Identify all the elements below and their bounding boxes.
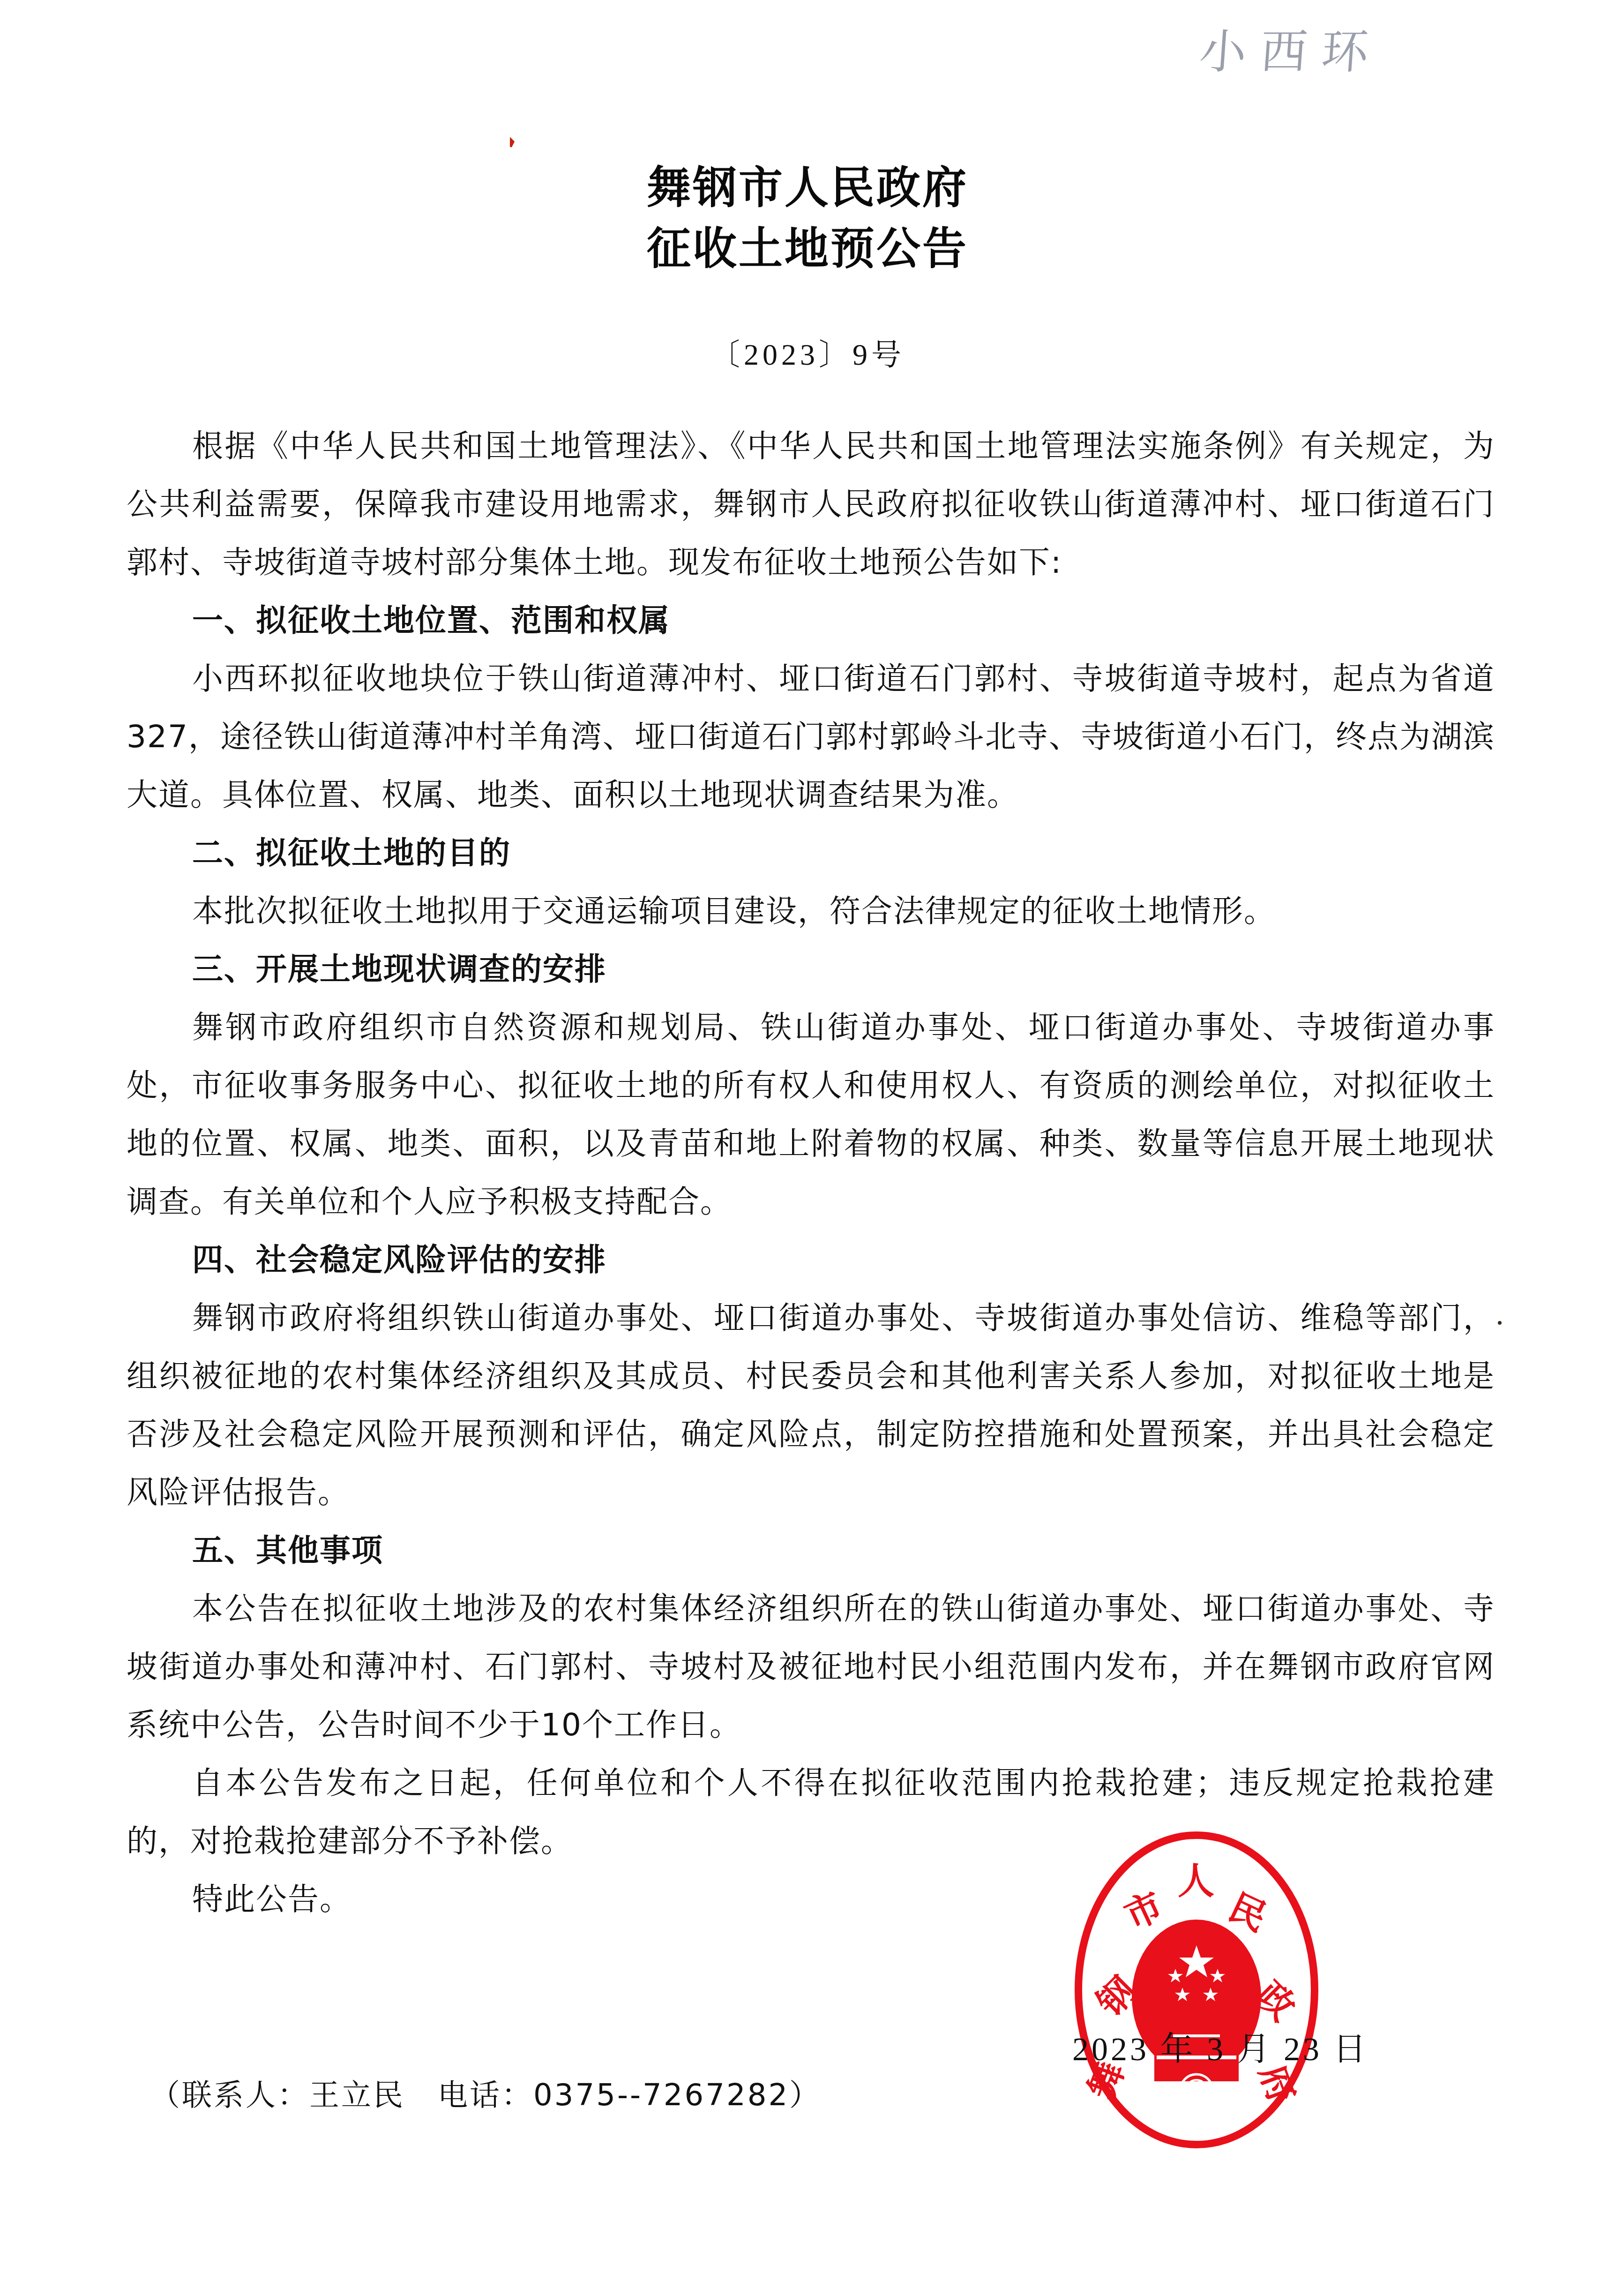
section-heading-5: 五、其他事项 (127, 1522, 1495, 1580)
intro-paragraph: 根据《中华人民共和国土地管理法》、《中华人民共和国土地管理法实施条例》有关规定，… (127, 417, 1495, 592)
contact-prefix: （ (150, 2078, 182, 2113)
contact-phone-label: 电话： (438, 2078, 533, 2113)
ink-mark (510, 137, 515, 147)
official-seal-icon: 舞 钢 市 人 民 政 府 (1072, 1828, 1321, 2152)
section-3-paragraph: 舞钢市政府组织市自然资源和规划局、铁山街道办事处、垭口街道办事处、寺坡街道办事处… (127, 998, 1495, 1231)
section-2-paragraph: 本批次拟征收土地拟用于交通运输项目建设，符合法律规定的征收土地情形。 (127, 882, 1495, 940)
section-1-paragraph: 小西环拟征收地块位于铁山街道薄冲村、垭口街道石门郭村、寺坡街道寺坡村，起点为省道… (127, 650, 1495, 824)
svg-text:市: 市 (1118, 1884, 1169, 1938)
section-heading-4: 四、社会稳定风险评估的安排 (127, 1231, 1495, 1289)
section-heading-1: 一、拟征收土地位置、范围和权属 (127, 592, 1495, 650)
issue-date: 2023 年 3 月 23 日 (1072, 2023, 1369, 2070)
section-5-paragraph-1: 本公告在拟征收土地涉及的农村集体经济组织所在的铁山街道办事处、垭口街道办事处、寺… (127, 1580, 1495, 1754)
contact-info: （联系人：王立民电话：0375--7267282） (150, 2071, 821, 2114)
section-4-paragraph: 舞钢市政府将组织铁山街道办事处、垭口街道办事处、寺坡街道办事处信访、维稳等部门，… (127, 1289, 1495, 1522)
document-number: 〔2023〕9号 (0, 330, 1615, 374)
handwritten-annotation: 小西环 (1197, 14, 1385, 82)
contact-suffix: ） (789, 2078, 821, 2113)
document-body: 根据《中华人民共和国土地管理法》、《中华人民共和国土地管理法实施条例》有关规定，… (127, 417, 1495, 1928)
contact-phone: 0375--7267282 (533, 2078, 789, 2113)
contact-person-label: 联系人： (182, 2078, 309, 2113)
contact-person-name: 王立民 (309, 2078, 405, 2113)
issuer-title: 舞钢市人民政府 (0, 152, 1615, 216)
section-heading-2: 二、拟征收土地的目的 (127, 824, 1495, 882)
document-title: 征收土地预公告 (0, 213, 1615, 277)
section-heading-3: 三、开展土地现状调查的安排 (127, 940, 1495, 998)
svg-text:人: 人 (1178, 1860, 1214, 1903)
scan-speck (1498, 1321, 1502, 1325)
